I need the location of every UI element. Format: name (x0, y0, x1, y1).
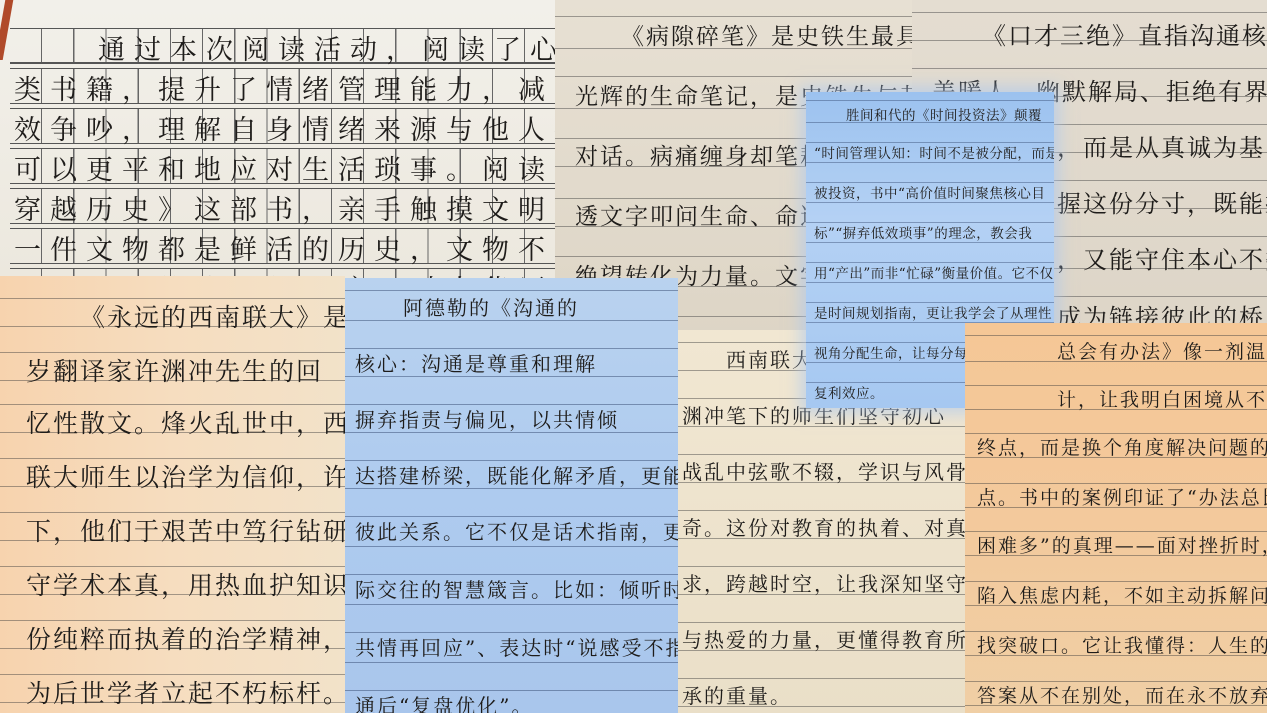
note-line: 找突破口。它让我懂得：人生的 (977, 631, 1267, 658)
zonghui-youbanfa-note: 总会有办法》像一剂温 计，让我明白困境从不是 终点，而是换个角度解决问题的起 点… (965, 323, 1267, 713)
note-line: 达搭建桥梁，既能化解矛盾，更能滋养 (355, 460, 678, 489)
note-line: 摒弃指责与偏见，以共情倾 (355, 404, 678, 433)
note-line: 被投资，书中“高价值时间聚焦核心目 (814, 182, 1054, 202)
note-line: 际交往的智慧箴言。比如：倾听时“先 (355, 574, 678, 603)
note-line: 共情再回应”、表达时“说感受不指责”、沟 (355, 632, 678, 661)
note-line: 困难多”的真理——面对挫折时，与其 (977, 531, 1267, 558)
note-line: 下，他们于艰苦中笃行钻研，以坚 (26, 512, 345, 548)
note-line: 岁翻译家许渊冲先生的回 (26, 352, 345, 388)
note-line: 《永远的西南联大》是百 (80, 298, 345, 334)
note-line: 核心：沟通是尊重和理解 (355, 348, 678, 377)
note-line: 通后“复盘优化”。 (355, 690, 678, 713)
note-line: 《口才三绝》直指沟通核心：赞 (982, 16, 1267, 51)
note-line: 联大师生以治学为信仰，许老笔 (26, 458, 345, 494)
note-line: 是时间规划指南，更让我学会了从理性 (814, 302, 1054, 322)
note-line: 答案从不在别处，而在永不放弃的行动里 (977, 681, 1267, 708)
grid-paper-note: 通过本次阅读活动，阅读了心理学、哲学 类书籍，提升了情绪管理能力，减少内耗和无 … (0, 0, 560, 280)
note-line: 类书籍，提升了情绪管理能力，减少内耗和无 (14, 68, 556, 107)
note-line: 终点，而是换个角度解决问题的起 (977, 433, 1267, 460)
note-line: 陷入焦虑内耗，不如主动拆解问题，寻 (977, 581, 1267, 608)
note-line: 胜间和代的《时间投资法》颠覆 (846, 104, 1054, 124)
note-line: ，而是从真诚为基的 (1057, 128, 1267, 163)
yongyuan-lianda-note: 《永远的西南联大》是百 岁翻译家许渊冲先生的回 忆性散文。烽火乱世中，西南 联大… (0, 276, 345, 713)
note-line: 计，让我明白困境从不是 (1057, 385, 1267, 412)
note-line: 握这份分寸，既能拉近距 (1057, 184, 1267, 219)
note-line: “时间管理认知：时间不是被分配，而是 (814, 142, 1054, 162)
note-line: ，又能守住本心不委曲 (1057, 240, 1267, 275)
note-line: 份纯粹而执着的治学精神，跨越岁 (26, 620, 345, 656)
note-line: 一件文物都是鲜活的历史，文物不止是器物， (14, 228, 556, 267)
note-line: 通过本次阅读活动，阅读了心理学、哲学 (98, 28, 556, 67)
note-line: 忆性散文。烽火乱世中，西南 (26, 404, 345, 440)
note-line: 奇。这份对教育的执着、对真理的追 (682, 512, 976, 541)
note-line: 标”“摒弃低效琐事”的理念，教会我 (814, 222, 1054, 242)
note-line: 用“产出”而非“忙碌”衡量价值。它不仅 (814, 262, 1054, 282)
note-line: 承的重量。 (682, 680, 976, 709)
note-line: 为后世学者立起不朽标杆。 (26, 674, 345, 710)
note-line: 可以更平和地应对生活琐事。阅读《跟着文物 (14, 148, 556, 187)
note-line: 《病隙碎笔》是史铁生最具灵性 (621, 18, 915, 51)
note-line: 总会有办法》像一剂温 (1057, 337, 1267, 364)
note-line: 守学术本真，用热血护知识薪火。这 (26, 566, 345, 602)
adler-communication-note: 阿德勒的《沟通的 核心：沟通是尊重和理解 摒弃指责与偏见，以共情倾 达搭建桥梁，… (345, 278, 678, 713)
note-line: 与热爱的力量，更懂得教育所传 (682, 624, 976, 653)
note-line: 彼此关系。它不仅是话术指南，更是人 (355, 516, 678, 545)
note-line: 穿越历史》这部书，亲手触摸文明的脉络，每 (14, 188, 556, 227)
note-line: 求，跨越时空，让我深知坚守 (682, 568, 976, 597)
note-line: 阿德勒的《沟通的 (403, 292, 678, 321)
note-line: 效争吵，理解自身情绪来源与他人行为逻辑， (14, 108, 556, 147)
note-line: 战乱中弦歌不辍，学识与风骨共铸传 (682, 456, 976, 485)
note-line: 点。书中的案例印证了“办法总比 (977, 483, 1267, 510)
